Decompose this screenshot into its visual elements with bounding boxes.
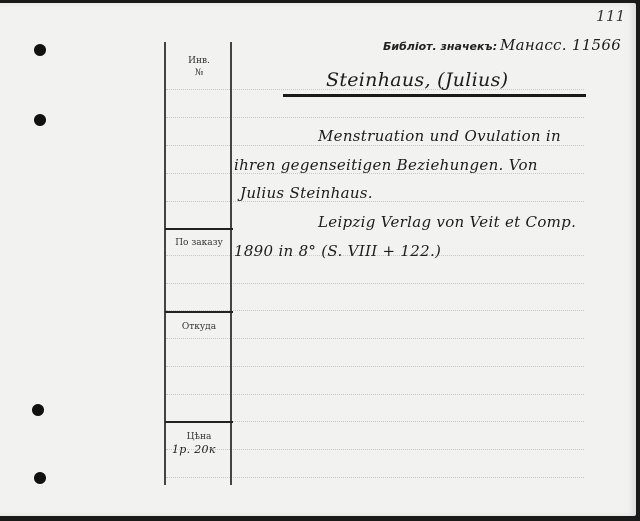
- library-mark-label: Библіот. значекъ:: [383, 40, 497, 53]
- column-divider: [165, 311, 233, 313]
- ruled-line: [166, 366, 584, 367]
- field-label-inventory: Инв. №: [166, 55, 232, 79]
- field-label-order: По заказу: [166, 237, 232, 249]
- field-label-price: Цѣна: [166, 431, 232, 443]
- ruled-line: [166, 477, 584, 478]
- ruled-line: [166, 145, 584, 146]
- column-divider: [165, 421, 233, 423]
- ruled-line: [166, 338, 584, 339]
- label-text: Цѣна: [166, 431, 232, 443]
- punch-hole-4: [34, 472, 46, 484]
- ruled-line: [166, 201, 584, 202]
- author-heading: Steinhaus, (Julius): [326, 69, 508, 91]
- punch-hole-2: [34, 114, 46, 126]
- field-label-source: Откуда: [166, 321, 232, 333]
- label-text: Откуда: [166, 321, 232, 333]
- description-line-3: Julius Steinhaus.: [240, 184, 373, 202]
- ruled-line: [166, 283, 584, 284]
- description-line-2: ihren gegenseitigen Beziehungen. Von: [234, 156, 538, 174]
- library-mark-value: Манасс. 11566: [500, 36, 621, 54]
- label-text: По заказу: [166, 237, 232, 249]
- ruled-line: [166, 117, 584, 118]
- ruled-line: [166, 449, 584, 450]
- catalog-card: Инв. № По заказу Откуда Цѣна 1р. 20к 111…: [0, 3, 636, 516]
- heading-underline: [283, 94, 586, 97]
- punch-hole-3: [32, 404, 44, 416]
- label-text: №: [166, 67, 232, 79]
- punch-hole-1: [34, 44, 46, 56]
- price-value: 1р. 20к: [172, 443, 216, 456]
- corner-mark: 111: [596, 7, 626, 25]
- description-line-4: Leipzig Verlag von Veit et Comp.: [318, 213, 576, 231]
- ruled-line: [166, 394, 584, 395]
- description-line-1: Menstruation und Ovulation in: [318, 127, 561, 145]
- description-line-5: 1890 in 8° (S. VIII + 122.): [234, 242, 441, 260]
- column-left-border: [164, 42, 166, 485]
- column-divider: [165, 228, 233, 230]
- column-right-border: [230, 42, 232, 485]
- label-text: Инв.: [166, 55, 232, 67]
